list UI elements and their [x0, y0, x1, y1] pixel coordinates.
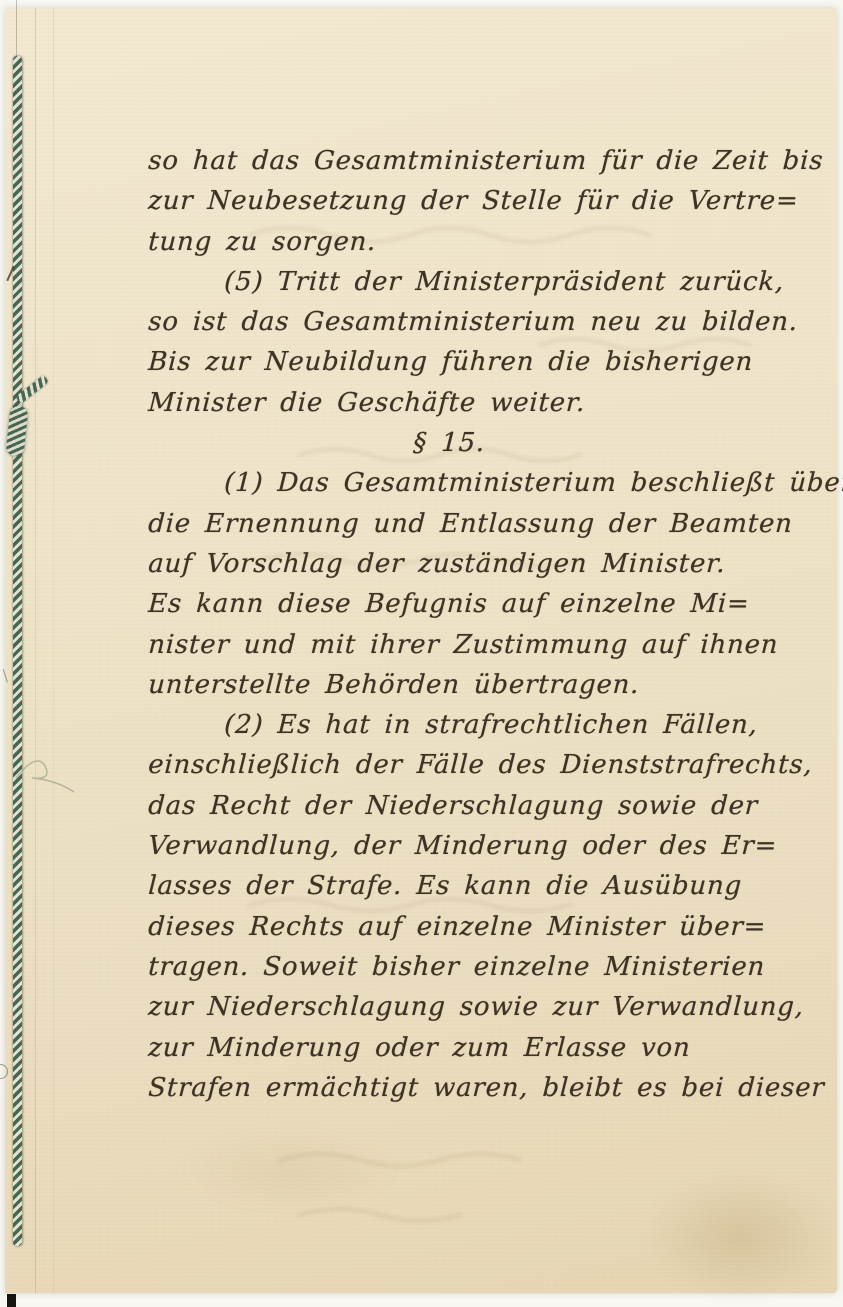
manuscript-line: (2) Es hat in strafrechtlichen Fällen, — [147, 710, 831, 750]
manuscript-line: so hat das Gesamtministerium für die Zei… — [147, 146, 831, 186]
manuscript-line: zur Minderung oder zum Erlasse von — [147, 1033, 831, 1073]
manuscript-line: Es kann diese Befugnis auf einzelne Mi= — [147, 589, 831, 629]
manuscript-line: zur Neubesetzung der Stelle für die Vert… — [147, 186, 831, 226]
manuscript-line: lasses der Strafe. Es kann die Ausübung — [147, 871, 831, 911]
manuscript-line: nister und mit ihrer Zustimmung auf ihne… — [147, 630, 831, 670]
manuscript-line: so ist das Gesamtministerium neu zu bild… — [147, 307, 831, 347]
binding-crease — [35, 8, 36, 1293]
thread-hole-line — [16, 0, 17, 57]
manuscript-photo: so hat das Gesamtministerium für die Zei… — [0, 0, 843, 1307]
section-heading: § 15. — [147, 428, 831, 468]
manuscript-line: die Ernennung und Entlassung der Beamten — [147, 509, 831, 549]
manuscript-line: einschließlich der Fälle des Dienststraf… — [147, 750, 831, 790]
manuscript-text: so hat das Gesamtministerium für die Zei… — [148, 146, 830, 1113]
binding-cord — [13, 56, 22, 1246]
manuscript-line: Strafen ermächtigt waren, bleibt es bei … — [147, 1073, 831, 1113]
manuscript-line: Verwandlung, der Minderung oder des Er= — [147, 831, 831, 871]
manuscript-line: zur Niederschlagung sowie zur Verwandlun… — [147, 992, 831, 1032]
manuscript-line: Minister die Geschäfte weiter. — [147, 388, 831, 428]
binding-crease-faint — [53, 8, 54, 1293]
manuscript-line: tung zu sorgen. — [147, 227, 831, 267]
manuscript-line: dieses Rechts auf einzelne Minister über… — [147, 912, 831, 952]
manuscript-line: (1) Das Gesamtministerium beschließt übe… — [147, 468, 831, 508]
manuscript-line: das Recht der Niederschlagung sowie der — [147, 791, 831, 831]
manuscript-line: (5) Tritt der Ministerpräsident zurück, — [147, 267, 831, 307]
bottom-edge-tab — [7, 1294, 16, 1307]
manuscript-line: Bis zur Neubildung führen die bisherigen — [147, 347, 831, 387]
loose-fiber — [8, 742, 78, 812]
manuscript-line: auf Vorschlag der zuständigen Minister. — [147, 549, 831, 589]
manuscript-line: tragen. Soweit bisher einzelne Ministeri… — [147, 952, 831, 992]
manuscript-line: unterstellte Behörden übertragen. — [147, 670, 831, 710]
